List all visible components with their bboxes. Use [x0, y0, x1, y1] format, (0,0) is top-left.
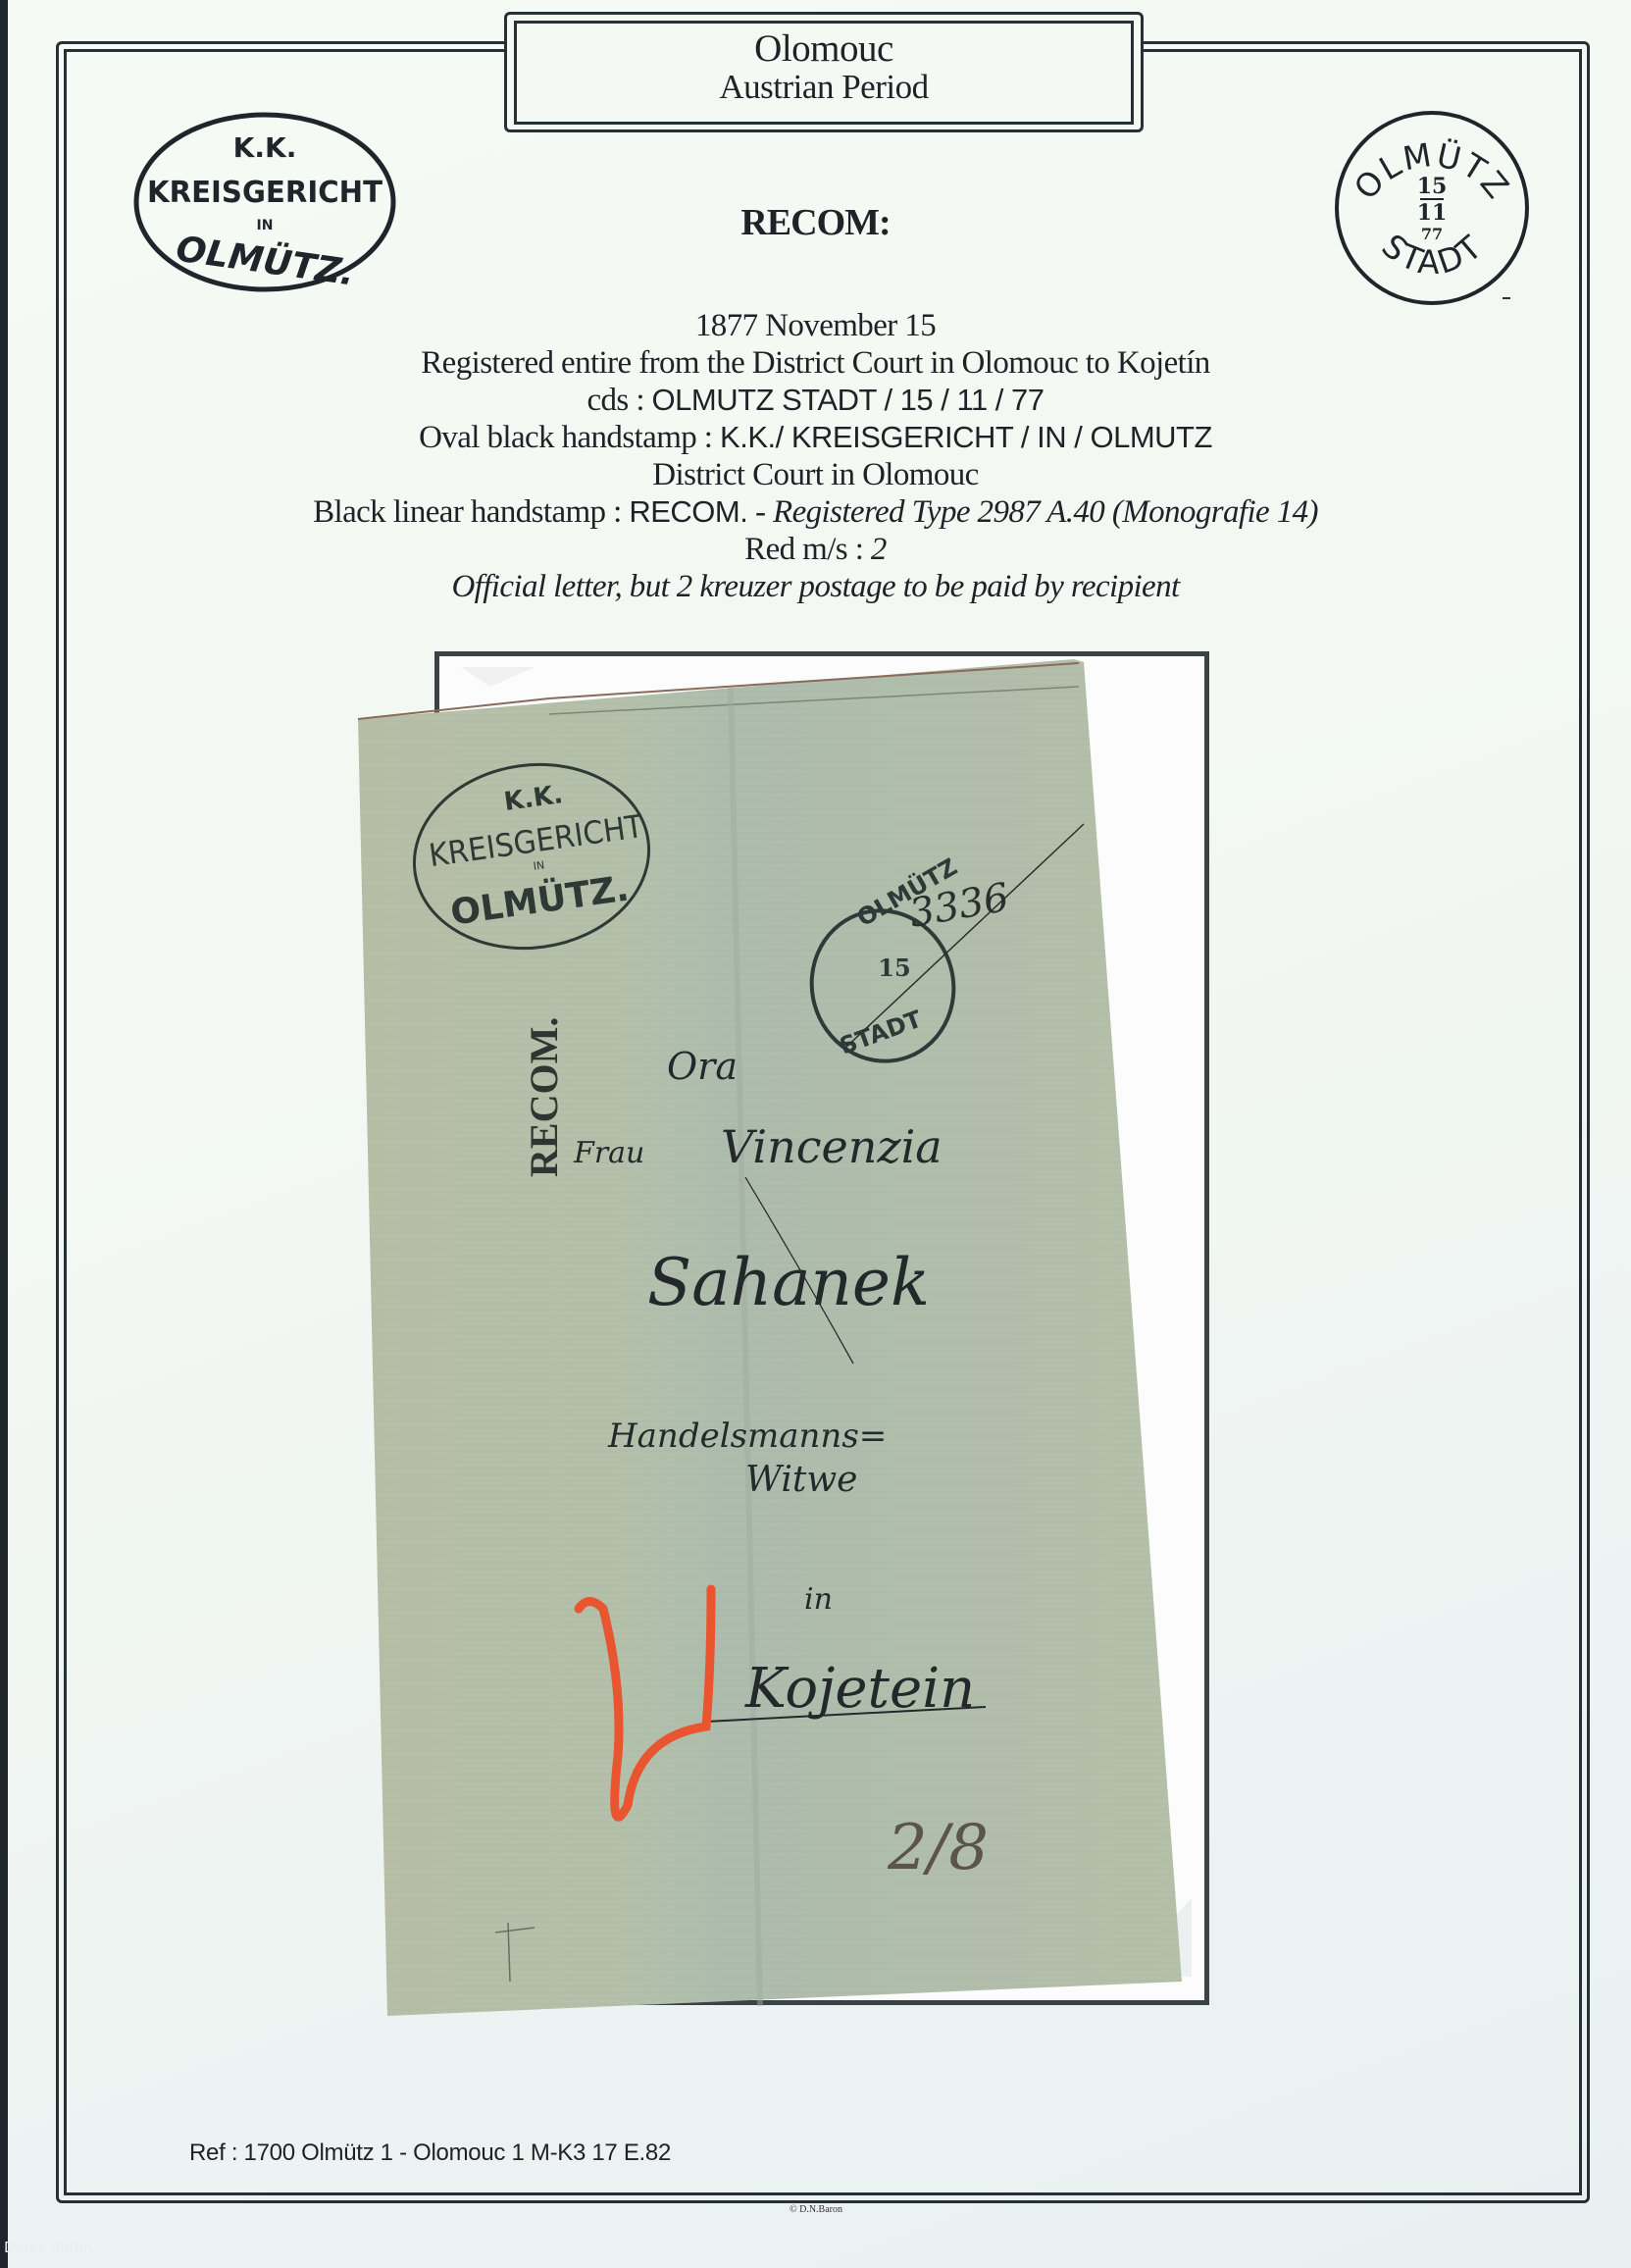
linear-type: Registered Type 2987 A.40 (Monografie 14…: [773, 494, 1318, 530]
watermark: Derek Baron: [4, 2239, 92, 2256]
oval-line: Oval black handstamp : K.K./ KREISGERICH…: [0, 419, 1631, 456]
title-box: Olomouc Austrian Period: [514, 21, 1134, 125]
cds-line: cds : OLMUTZ STADT / 15 / 11 / 77: [0, 382, 1631, 419]
cover-mount: [434, 651, 1209, 2005]
red-ms-value: 2: [871, 532, 887, 567]
svg-text:15: 15: [1417, 174, 1448, 199]
svg-text:K.K.: K.K.: [233, 131, 297, 164]
reference-text: Ref : 1700 Olmütz 1 - Olomouc 1 M-K3 17 …: [189, 2139, 671, 2167]
oval-meaning: District Court in Olomouc: [0, 456, 1631, 493]
section-heading: RECOM:: [0, 201, 1631, 244]
mark: [1503, 297, 1510, 299]
linear-line: Black linear handstamp : RECOM. - Regist…: [0, 493, 1631, 531]
oval-value: K.K./ KREISGERICHT / IN / OLMUTZ: [720, 420, 1212, 454]
red-ms-line: Red m/s : 2: [0, 531, 1631, 568]
cover-summary: Registered entire from the District Cour…: [0, 344, 1631, 382]
cover-note: Official letter, but 2 kreuzer postage t…: [0, 568, 1631, 605]
cover-date: 1877 November 15: [0, 307, 1631, 344]
linear-value: RECOM.: [629, 494, 747, 529]
page-subtitle: Austrian Period: [517, 69, 1131, 106]
cover-description: 1877 November 15 Registered entire from …: [0, 307, 1631, 605]
page-title: Olomouc: [517, 29, 1131, 69]
cds-value: OLMUTZ STADT / 15 / 11 / 77: [652, 383, 1045, 417]
copyright: © D.N.Baron: [790, 2204, 842, 2215]
